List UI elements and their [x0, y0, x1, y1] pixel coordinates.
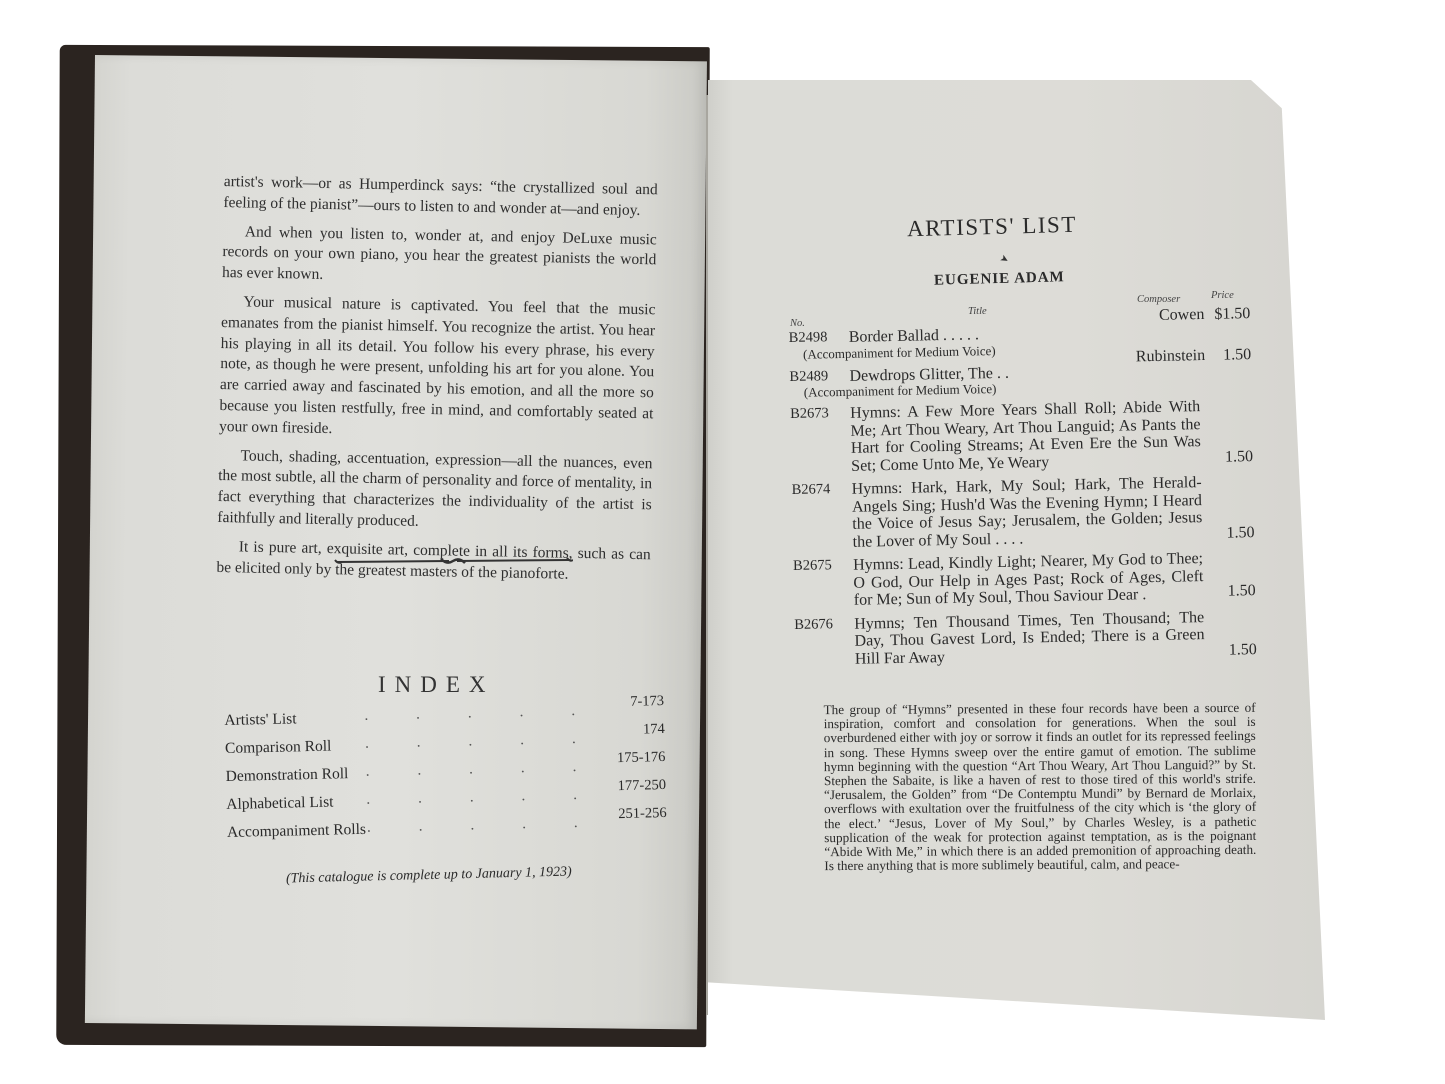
- page-title: ARTISTS' LIST: [907, 212, 1077, 242]
- record-composer: Cowen: [1159, 306, 1205, 324]
- record-title: Hymns; Ten Thousand Times, Ten Thousand;…: [854, 609, 1205, 668]
- index-title: INDEX: [378, 672, 495, 698]
- record-price: 1.50: [1228, 582, 1256, 600]
- book-spine: [706, 95, 708, 1015]
- record-entry: B2673 Hymns: A Few More Years Shall Roll…: [790, 397, 1261, 476]
- hymns-description: The group of “Hymns” presented in these …: [824, 701, 1257, 874]
- record-entry: B2489 Dewdrops Glitter, The . . (Accompa…: [789, 359, 1260, 400]
- artist-name: EUGENIE ADAM: [934, 269, 1065, 289]
- paragraph: Your musical nature is captivated. You f…: [219, 292, 656, 446]
- record-number: B2674: [791, 481, 830, 499]
- left-body-text: artist's work—or as Humperdinck says: “t…: [216, 172, 658, 595]
- record-price: 1.50: [1223, 346, 1251, 364]
- paragraph: Touch, shading, accentuation, expression…: [217, 446, 653, 538]
- record-composer: Rubinstein: [1136, 347, 1206, 366]
- decorative-rule-icon: [333, 556, 573, 566]
- record-number: B2489: [789, 368, 828, 386]
- record-number: B2498: [789, 329, 828, 347]
- index-list: Artists' List . . . . . . . . 7-173 Comp…: [224, 692, 667, 842]
- record-price: 1.50: [1229, 641, 1257, 659]
- paragraph: artist's work—or as Humperdinck says: “t…: [223, 172, 658, 222]
- record-price: 1.50: [1226, 524, 1254, 542]
- record-entry: B2675 Hymns: Lead, Kindly Light; Nearer,…: [793, 549, 1264, 611]
- paragraph: And when you listen to, wonder at, and e…: [222, 222, 657, 293]
- record-number: B2676: [794, 616, 833, 634]
- record-entry: B2676 Hymns; Ten Thousand Times, Ten Tho…: [794, 607, 1265, 669]
- record-number: B2675: [793, 557, 832, 575]
- record-title: Hymns: Hark, Hark, My Soul; Hark, The He…: [851, 474, 1202, 551]
- record-number: B2673: [790, 405, 829, 423]
- record-title: Hymns: A Few More Years Shall Roll; Abid…: [850, 398, 1201, 475]
- record-list: B2498 Border Ballad . . . . . (Accompani…: [788, 291, 1265, 669]
- record-price: 1.50: [1225, 448, 1253, 466]
- record-entry: B2674 Hymns: Hark, Hark, My Soul; Hark, …: [791, 473, 1262, 552]
- record-price: $1.50: [1214, 305, 1250, 323]
- record-title: Hymns: Lead, Kindly Light; Nearer, My Go…: [853, 550, 1204, 609]
